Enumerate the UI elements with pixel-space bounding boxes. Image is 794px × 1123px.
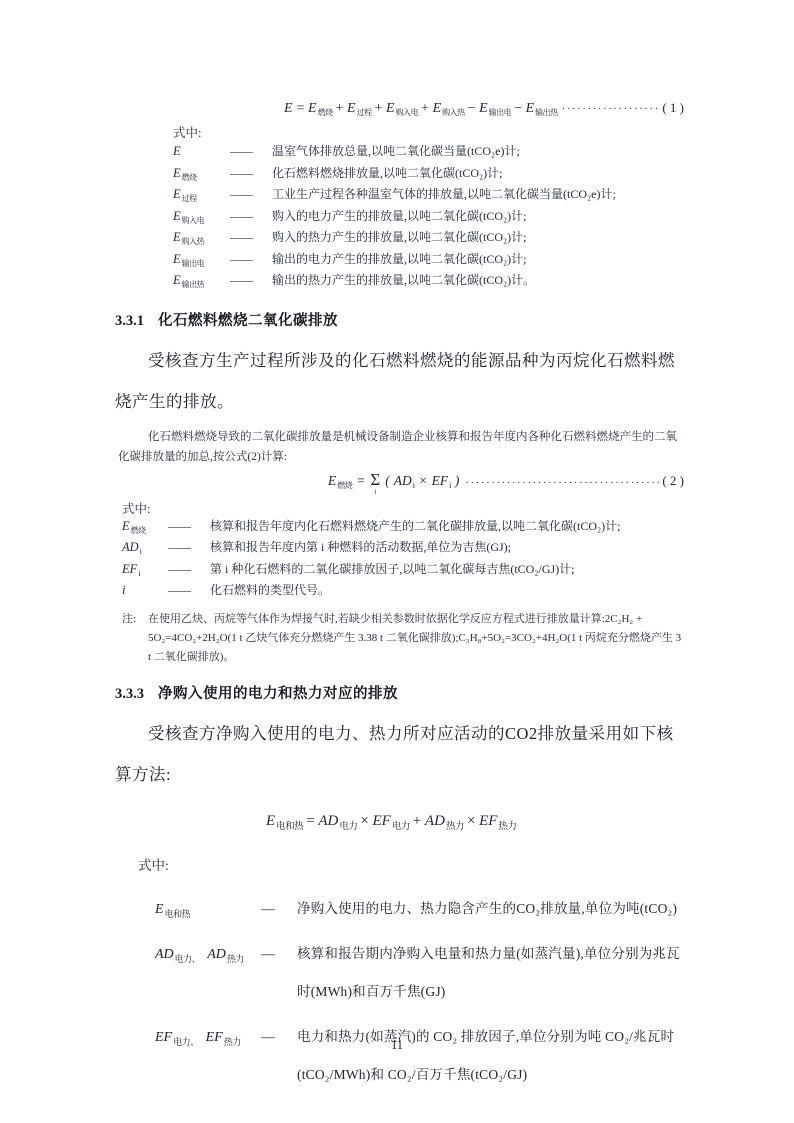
term-subscript: 购入热: [182, 237, 205, 246]
heading-number: 3.3.3: [115, 686, 144, 702]
definition-row: E燃烧 —— 化石燃料燃烧排放量,以吨二氧化碳(tCO₂)计;: [173, 165, 684, 187]
document-page: E=E燃烧+E过程+E购入电+E购入热−E输出电−E输出热 ··········…: [0, 0, 794, 1123]
definition-text: 核算和报告年度内化石燃料燃烧产生的二氧化碳排放量,以吨二氧化碳(tCO₂)计;: [210, 518, 684, 535]
definition-dash: —: [261, 947, 297, 963]
formula-term: E购入热: [433, 101, 465, 116]
term-base: E: [155, 902, 164, 917]
formula-term: E燃烧: [308, 101, 333, 116]
definition-row: EF电力、EF热力 — 电力和热力(如蒸汽)的 CO₂ 排放因子,单位分别为吨 …: [155, 1018, 684, 1094]
term-subscript: i: [138, 569, 140, 578]
paragraph-fuel-types: 受核查方生产过程所涉及的化石燃料燃烧的能源品种为丙烷化石燃料燃烧产生的排放。: [115, 340, 684, 422]
formula-term: AD热力: [425, 813, 464, 829]
definition-symbol: E电和热: [155, 902, 261, 920]
definition-text: 输出的电力产生的排放量,以吨二氧化碳(tCO₂)计;: [272, 251, 684, 268]
definition-symbol: E燃烧: [122, 518, 168, 540]
term-subscript: 电力: [339, 822, 357, 832]
definition-symbol: E购入热: [173, 229, 230, 251]
definition-text: 化石燃料燃烧排放量,以吨二氧化碳(tCO₂)计;: [272, 165, 684, 182]
term-base: EF: [122, 562, 137, 576]
term-base: EF: [479, 813, 497, 829]
term-subscript: 燃烧: [318, 108, 333, 117]
definition-dash: ——: [230, 165, 272, 182]
term-base: +: [412, 813, 422, 829]
definition-text: 第 i 种化石燃料的二氧化碳排放因子,以吨二氧化碳每吉焦(tCO₂/GJ)计;: [210, 561, 684, 578]
formula-3-terms: E电和热=AD电力×EF电力+AD热力×EF热力: [265, 813, 517, 832]
definition-list-2: E燃烧 —— 核算和报告年度内化石燃料燃烧产生的二氧化碳排放量,以吨二氧化碳(t…: [122, 518, 684, 604]
where-label-1: 式中:: [173, 123, 684, 141]
formula-term: +: [420, 101, 430, 116]
formula-term: −: [513, 101, 523, 116]
definition-text: 购入的电力产生的排放量,以吨二氧化碳(tCO₂)计;: [272, 208, 684, 225]
definition-symbol: E购入电: [173, 208, 230, 230]
formula-term: E电和热: [266, 813, 303, 829]
term-subscript: 热力: [498, 822, 516, 832]
definition-symbol: E输出热: [173, 272, 230, 294]
formula-term: −: [467, 101, 477, 116]
definition-row: E燃烧 —— 核算和报告年度内化石燃料燃烧产生的二氧化碳排放量,以吨二氧化碳(t…: [122, 518, 684, 540]
formula-term: ADi: [394, 473, 415, 490]
definition-text: 化石燃料的类型代号。: [210, 582, 684, 599]
term-base: E: [308, 101, 317, 116]
term-base: E: [173, 230, 181, 244]
term-subscript: 电和热: [276, 822, 303, 832]
formula-term: +: [412, 813, 423, 829]
term-base: EF: [372, 813, 390, 829]
term-subscript: 电和热: [165, 909, 191, 919]
term-base: E: [122, 519, 130, 533]
where-label-3: 式中:: [138, 854, 684, 874]
term-base: E: [173, 144, 181, 158]
sigma-symbol: Σ: [370, 471, 380, 488]
definition-dash: ——: [230, 272, 272, 289]
formula-term: EF热力: [479, 813, 516, 829]
sigma-index: i: [374, 489, 376, 496]
definition-row: E购入热 —— 购入的热力产生的排放量,以吨二氧化碳(tCO₂)计;: [173, 229, 684, 251]
definition-dash: ——: [168, 561, 210, 578]
term-base: EF: [432, 473, 449, 488]
term-base: E: [526, 101, 535, 116]
definition-dash: ——: [230, 251, 272, 268]
term-base: −: [513, 101, 522, 116]
heading-title: 净购入使用的电力和热力对应的排放: [158, 686, 398, 702]
term-subscript: 燃烧: [337, 481, 352, 490]
term-base: +: [374, 101, 383, 116]
formula-1-terms: E=E燃烧+E过程+E购入电+E购入热−E输出电−E输出热: [283, 101, 559, 118]
term-base: AD: [318, 813, 338, 829]
paragraph-electricity-heat: 受核查方净购入使用的电力、热力所对应活动的CO2排放量采用如下核算方法:: [115, 713, 684, 795]
term-base: −: [467, 101, 476, 116]
formula-term: EFi: [432, 473, 451, 490]
definition-dash: ——: [168, 518, 210, 535]
term-base: AD: [394, 473, 412, 488]
definition-symbol: ADi: [122, 539, 168, 561]
term-base: E: [284, 101, 293, 116]
term-base: E: [386, 101, 395, 116]
section-heading-3-3-3: 3.3.3净购入使用的电力和热力对应的排放: [115, 682, 684, 703]
paragraph-fuel-calculation: 化石燃料燃烧导致的二氧化碳排放量是机械设备制造企业核算和报告年度内各种化石燃料燃…: [118, 427, 684, 467]
definition-dash: ——: [230, 208, 272, 225]
formula-term: +: [374, 101, 384, 116]
definition-list-3: E电和热 — 净购入使用的电力、热力隐含产生的CO₂排放量,单位为吨(tCO₂)…: [155, 890, 684, 1094]
definition-row: E输出电 —— 输出的电力产生的排放量,以吨二氧化碳(tCO₂)计;: [173, 251, 684, 273]
term-base: E: [433, 101, 442, 116]
term-subscript: 电力、: [175, 954, 201, 964]
term-subscript: 输出热: [182, 280, 205, 289]
term-base: AD: [207, 947, 226, 962]
definition-symbol: EFi: [122, 561, 168, 583]
formula-term: E过程: [347, 101, 372, 116]
term-base: E: [173, 166, 181, 180]
definition-text: 购入的热力产生的排放量,以吨二氧化碳(tCO₂)计;: [272, 229, 684, 246]
formula-term: =: [296, 101, 306, 116]
term-base: =: [305, 813, 315, 829]
definition-row: E过程 —— 工业生产过程各种温室气体的排放量,以吨二氧化碳当量(tCO₂e)计…: [173, 186, 684, 208]
term-base: +: [335, 101, 344, 116]
times-sign: ×: [419, 473, 428, 489]
term-base: E: [266, 813, 275, 829]
formula-term: E燃烧: [328, 473, 352, 491]
definition-symbol: E: [173, 143, 230, 165]
definition-row: E电和热 — 净购入使用的电力、热力隐含产生的CO₂排放量,单位为吨(tCO₂): [155, 890, 684, 928]
definition-text: 电力和热力(如蒸汽)的 CO₂ 排放因子,单位分别为吨 CO₂/兆瓦时(tCO₂…: [297, 1018, 684, 1094]
definition-dash: ——: [230, 143, 272, 160]
term-base: E: [328, 473, 336, 488]
sigma-summation: Σi: [370, 471, 380, 496]
term-base: ×: [359, 813, 369, 829]
equation-number-1: ( 1 ): [662, 100, 684, 116]
heading-number: 3.3.1: [115, 313, 144, 329]
term-subscript: 购入电: [182, 216, 205, 225]
term-subscript: 过程: [357, 108, 372, 117]
term-base: E: [173, 187, 181, 201]
definition-row: AD电力、AD热力 — 核算和报告期内净购入电量和热力量(如蒸汽量),单位分别为…: [155, 935, 684, 1011]
note-label: 注:: [122, 610, 148, 667]
formula-term: E: [284, 101, 294, 116]
section-heading-3-3-1: 3.3.1化石燃料燃烧二氧化碳排放: [115, 309, 684, 330]
term-subscript: 输出热: [535, 108, 558, 117]
term-subscript: i: [413, 481, 415, 490]
term-base: i: [122, 583, 125, 597]
definition-dash: ——: [230, 186, 272, 203]
term-subscript: 输出电: [182, 259, 205, 268]
formula-3: E电和热=AD电力×EF电力+AD热力×EF热力: [115, 813, 684, 832]
term-base: AD: [425, 813, 445, 829]
term-subscript: i: [449, 481, 451, 490]
formula-term: EF电力: [372, 813, 409, 829]
term-base: =: [296, 101, 305, 116]
dot-leader: ········································…: [465, 477, 659, 489]
term-base: AD: [122, 540, 139, 554]
definition-symbol: i: [122, 582, 168, 604]
formula-term: ×: [466, 813, 477, 829]
page-number: 11: [0, 1038, 794, 1053]
formula-term: E输出电: [479, 101, 511, 116]
formula-term: +: [335, 101, 345, 116]
definition-row: E购入电 —— 购入的电力产生的排放量,以吨二氧化碳(tCO₂)计;: [173, 208, 684, 230]
term-subscript: 燃烧: [131, 526, 146, 535]
definition-symbol: AD电力、AD热力: [155, 947, 261, 965]
formula-term: E购入电: [386, 101, 418, 116]
definition-text: 工业生产过程各种温室气体的排放量,以吨二氧化碳当量(tCO₂e)计;: [272, 186, 684, 203]
definition-text: 输出的热力产生的排放量,以吨二氧化碳(tCO₂)计。: [272, 272, 684, 289]
term-subscript: 热力: [446, 822, 464, 832]
formula-1: E=E燃烧+E过程+E购入电+E购入热−E输出电−E输出热 ··········…: [115, 100, 684, 118]
close-paren: ): [455, 473, 460, 489]
heading-title: 化石燃料燃烧二氧化碳排放: [158, 313, 338, 329]
formula-term: =: [305, 813, 316, 829]
definition-row: EFi —— 第 i 种化石燃料的二氧化碳排放因子,以吨二氧化碳每吉焦(tCO₂…: [122, 561, 684, 583]
definition-row: ADi —— 核算和报告年度内第 i 种燃料的活动数据,单位为吉焦(GJ);: [122, 539, 684, 561]
term-base: E: [479, 101, 488, 116]
term-subscript: i: [140, 547, 142, 556]
term-subscript: 输出电: [489, 108, 512, 117]
definition-text: 核算和报告期内净购入电量和热力量(如蒸汽量),单位分别为兆瓦时(MWh)和百万千…: [297, 935, 684, 1011]
definition-row: E输出热 —— 输出的热力产生的排放量,以吨二氧化碳(tCO₂)计。: [173, 272, 684, 294]
term-base: E: [173, 273, 181, 287]
definition-dash: ——: [168, 582, 210, 599]
term-base: E: [173, 209, 181, 223]
term-base: AD: [155, 947, 174, 962]
formula-2: E燃烧 = Σi ( ADi × EFi ) ·················…: [115, 471, 684, 496]
formula-term: ×: [359, 813, 370, 829]
definition-symbol: E燃烧: [173, 165, 230, 187]
term-subscript: 购入电: [396, 108, 419, 117]
open-paren: (: [385, 473, 390, 489]
definition-row: E —— 温室气体排放总量,以吨二氧化碳当量(tCO₂e)计;: [173, 143, 684, 165]
note-text: 在使用乙炔、丙烷等气体作为焊接气时,若缺少相关参数时依据化学反应方程式进行排放量…: [148, 610, 684, 667]
term-subscript: 热力: [227, 954, 244, 964]
definition-row: i —— 化石燃料的类型代号。: [122, 582, 684, 604]
definition-list-1: E —— 温室气体排放总量,以吨二氧化碳当量(tCO₂e)计; E燃烧 —— 化…: [173, 143, 684, 294]
formula-term: E输出热: [526, 101, 558, 116]
term-base: E: [173, 252, 181, 266]
equals-sign: =: [356, 473, 365, 489]
definition-text: 净购入使用的电力、热力隐含产生的CO₂排放量,单位为吨(tCO₂): [297, 890, 684, 928]
definition-dash: —: [261, 902, 297, 918]
where-label-2: 式中:: [122, 499, 684, 517]
term-base: +: [420, 101, 429, 116]
definition-text: 核算和报告年度内第 i 种燃料的活动数据,单位为吉焦(GJ);: [210, 539, 684, 556]
term-subscript: 购入热: [442, 108, 465, 117]
definition-dash: ——: [230, 229, 272, 246]
term-base: ×: [466, 813, 476, 829]
definition-symbol: E输出电: [173, 251, 230, 273]
definition-dash: ——: [168, 539, 210, 556]
term-subscript: 燃烧: [182, 173, 197, 182]
term-subscript: 电力: [392, 822, 410, 832]
equation-number-2: ( 2 ): [662, 473, 684, 489]
dot-leader: ········································…: [562, 103, 660, 115]
term-base: E: [347, 101, 356, 116]
definition-symbol: E过程: [173, 186, 230, 208]
formula-term: AD电力: [318, 813, 357, 829]
term-subscript: 过程: [182, 194, 197, 203]
definition-text: 温室气体排放总量,以吨二氧化碳当量(tCO₂e)计;: [272, 143, 684, 160]
note: 注: 在使用乙炔、丙烷等气体作为焊接气时,若缺少相关参数时依据化学反应方程式进行…: [122, 610, 684, 667]
